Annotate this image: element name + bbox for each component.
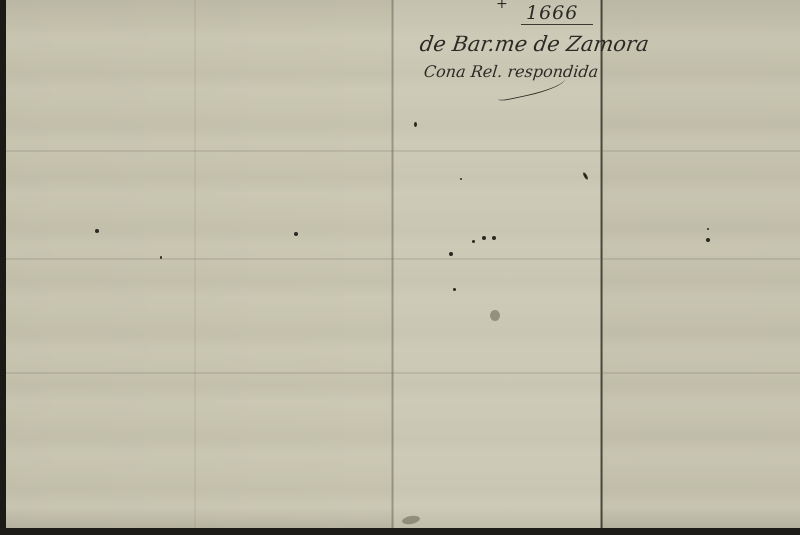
- pin-hole: [294, 232, 298, 236]
- ink-speck: [707, 228, 709, 230]
- ink-speck: [160, 256, 162, 259]
- stain: [490, 310, 500, 321]
- document-sheet: + 1666 de Bar.me de Zamora Cona Rel. res…: [6, 0, 800, 528]
- ink-speck: [449, 252, 453, 256]
- docket-line-2: Cona Rel. respondida: [423, 62, 599, 81]
- year-underline: [521, 24, 593, 25]
- horizontal-crease: [6, 150, 800, 152]
- pin-hole: [492, 236, 496, 240]
- ink-speck: [414, 122, 417, 127]
- faint-fold-line: [194, 0, 196, 528]
- pin-hole: [482, 236, 486, 240]
- fold-line-left: [391, 0, 394, 528]
- scan-bottom-border: [0, 528, 800, 535]
- pin-hole: [706, 238, 710, 242]
- left-panel: [6, 0, 394, 528]
- horizontal-crease: [6, 258, 800, 260]
- docket-annotation: + 1666 de Bar.me de Zamora Cona Rel. res…: [416, 0, 606, 110]
- ink-speck: [472, 240, 475, 243]
- cross-mark: +: [496, 0, 508, 12]
- docket-year: 1666: [526, 2, 578, 24]
- horizontal-crease: [6, 372, 800, 374]
- docket-line-1: de Bar.me de Zamora: [418, 32, 650, 56]
- right-panel: [602, 0, 800, 528]
- pin-hole: [95, 229, 99, 233]
- ink-speck: [460, 178, 462, 180]
- ink-speck: [453, 288, 456, 291]
